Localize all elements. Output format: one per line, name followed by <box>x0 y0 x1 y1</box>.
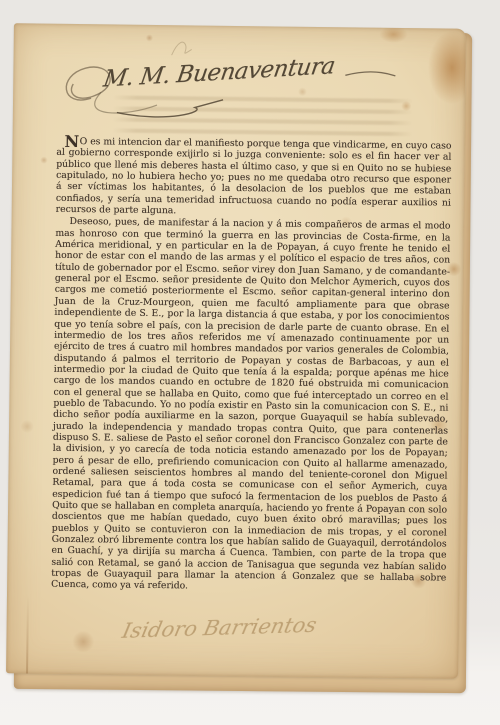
printed-text: NO es mi intencion dar el manifiesto por… <box>51 136 452 596</box>
photo-background: M. M. Buenaventura NO es mi intencion da… <box>0 0 500 725</box>
document-page: M. M. Buenaventura NO es mi intencion da… <box>6 23 466 678</box>
paragraph-2: Deseoso, pues, de manifestar á la nacion… <box>51 216 451 595</box>
fold-crease <box>26 595 29 673</box>
bottom-signature: Isidoro Barrientos <box>120 613 319 643</box>
paragraph-1-text: O es mi intencion dar el manifiesto porq… <box>56 136 452 216</box>
paragraph-1: NO es mi intencion dar el manifiesto por… <box>56 136 452 220</box>
ink-showthrough <box>113 92 414 142</box>
